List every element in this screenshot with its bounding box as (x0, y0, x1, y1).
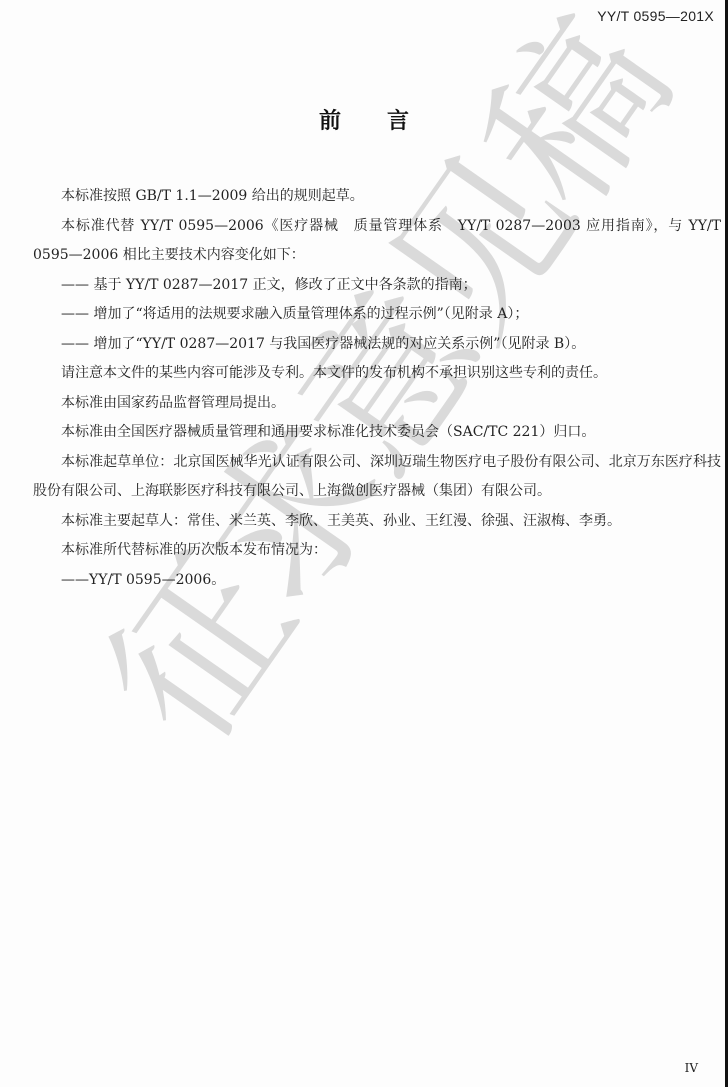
paragraph-proposed-by: 本标准由国家药品监督管理局提出。 (33, 389, 721, 419)
paragraph-patent-notice: 请注意本文件的某些内容可能涉及专利。本文件的发布机构不承担识别这些专利的责任。 (33, 359, 721, 389)
change-item-1: —— 基于 YY/T 0287—2017 正文，修改了正文中各条款的指南； (33, 271, 721, 301)
paragraph-replaces: 本标准代替 YY/T 0595—2006《医疗器械 质量管理体系 YY/T 02… (33, 212, 721, 271)
paragraph-drafters: 本标准主要起草人：常佳、米兰英、李欣、王美英、孙业、王红漫、徐强、汪淑梅、李勇。 (33, 507, 721, 537)
change-item-2: —— 增加了“将适用的法规要求融入质量管理体系的过程示例”（见附录 A）； (33, 300, 721, 330)
title-char-1: 前 (319, 104, 341, 135)
previous-edition-item: ——YY/T 0595—2006。 (33, 566, 721, 596)
foreword-body: 本标准按照 GB/T 1.1—2009 给出的规则起草。 本标准代替 YY/T … (33, 182, 721, 595)
paragraph-technical-committee: 本标准由全国医疗器械质量管理和通用要求标准化技术委员会（SAC/TC 221）归… (33, 418, 721, 448)
page-number: IV (685, 1061, 698, 1075)
change-item-3: —— 增加了“YY/T 0287—2017 与我国医疗器械法规的对应关系示例”（… (33, 330, 721, 360)
standard-code-header: YY/T 0595—201X (597, 8, 714, 24)
paragraph-drafting-units: 本标准起草单位：北京国医械华光认证有限公司、深圳迈瑞生物医疗电子股份有限公司、北… (33, 448, 721, 507)
page-title: 前言 (0, 104, 728, 135)
title-char-2: 言 (387, 104, 409, 135)
paragraph-drafting-rules: 本标准按照 GB/T 1.1—2009 给出的规则起草。 (33, 182, 721, 212)
paragraph-previous-editions: 本标准所代替标准的历次版本发布情况为： (33, 536, 721, 566)
